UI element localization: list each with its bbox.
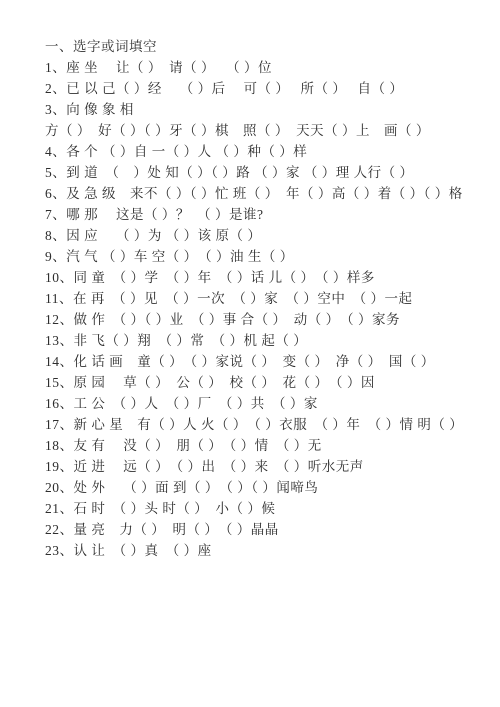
exercise-line-14: 14、化 话 画 童（ ） （ ）家说（ ） 变（ ） 净（ ） 国（ ）: [45, 351, 472, 372]
exercise-line-12: 12、做 作 （ ）（ ）业 （ ）事 合（ ） 动（ ） （ ）家务: [45, 309, 472, 330]
exercise-line-23: 23、认 让 （ ）真 （ ）座: [45, 540, 472, 561]
exercise-line-3: 3、向 像 象 相: [45, 99, 472, 120]
exercise-line-4: 4、各 个 （ ）自 一（ ）人 （ ）种（ ）样: [45, 141, 472, 162]
exercise-line-15: 15、原 园 草（ ） 公（ ） 校（ ） 花（ ） （ ）因: [45, 372, 472, 393]
exercise-line-2: 2、已 以 己（ ）经 （ ）后 可（ ） 所（ ） 自（ ）: [45, 78, 472, 99]
worksheet-page: 一、选字或词填空 1、座 坐 让（ ） 请（ ） （ ）位 2、已 以 己（ ）…: [0, 0, 500, 707]
worksheet-content: 一、选字或词填空 1、座 坐 让（ ） 请（ ） （ ）位 2、已 以 己（ ）…: [0, 0, 500, 561]
exercise-line-21: 21、石 时 （ ）头 时（ ） 小（ ）候: [45, 498, 472, 519]
exercise-line-19: 19、近 进 远（ ） （ ）出 （ ）来 （ ）听水无声: [45, 456, 472, 477]
exercise-line-7: 7、哪 那 这是（ ）？ （ ）是谁?: [45, 204, 472, 225]
exercise-line-9: 9、汽 气 （ ）车 空（ ） （ ）油 生（ ）: [45, 246, 472, 267]
exercise-line-22: 22、量 亮 力（ ） 明（ ） （ ）晶晶: [45, 519, 472, 540]
exercise-line-20: 20、处 外 （ ）面 到（ ） （ ）（ ）闻啼鸟: [45, 477, 472, 498]
exercise-line-16: 16、工 公 （ ）人 （ ）厂 （ ）共 （ ）家: [45, 393, 472, 414]
worksheet-title: 一、选字或词填空: [45, 36, 472, 57]
exercise-line-1: 1、座 坐 让（ ） 请（ ） （ ）位: [45, 57, 472, 78]
exercise-line-6: 6、及 急 级 来不（ ）（ ）忙 班（ ） 年（ ）高（ ）着（ ）（ ）格: [45, 183, 472, 204]
exercise-line-17: 17、新 心 星 有（ ）人 火（ ） （ ）衣服 （ ）年 （ ）情 明（ ）: [45, 414, 472, 435]
exercise-line-8: 8、因 应 （ ）为 （ ）该 原（ ）: [45, 225, 472, 246]
exercise-line-11: 11、在 再 （ ）见 （ ）一次 （ ）家 （ ）空中 （ ）一起: [45, 288, 472, 309]
exercise-line-3-continued: 方（ ） 好（ ）（ ）牙（ ）棋 照（ ） 天天（ ）上 画（ ）: [45, 120, 472, 141]
exercise-line-5: 5、到 道 （ ）处 知（ ）（ ）路 （ ）家 （ ）理 人行（ ）: [45, 162, 472, 183]
exercise-line-10: 10、同 童 （ ）学 （ ）年 （ ）话 儿（ ） （ ）样多: [45, 267, 472, 288]
exercise-line-18: 18、友 有 没（ ） 朋（ ） （ ）情 （ ）无: [45, 435, 472, 456]
exercise-line-13: 13、非 飞（ ）翔 （ ）常 （ ）机 起（ ）: [45, 330, 472, 351]
